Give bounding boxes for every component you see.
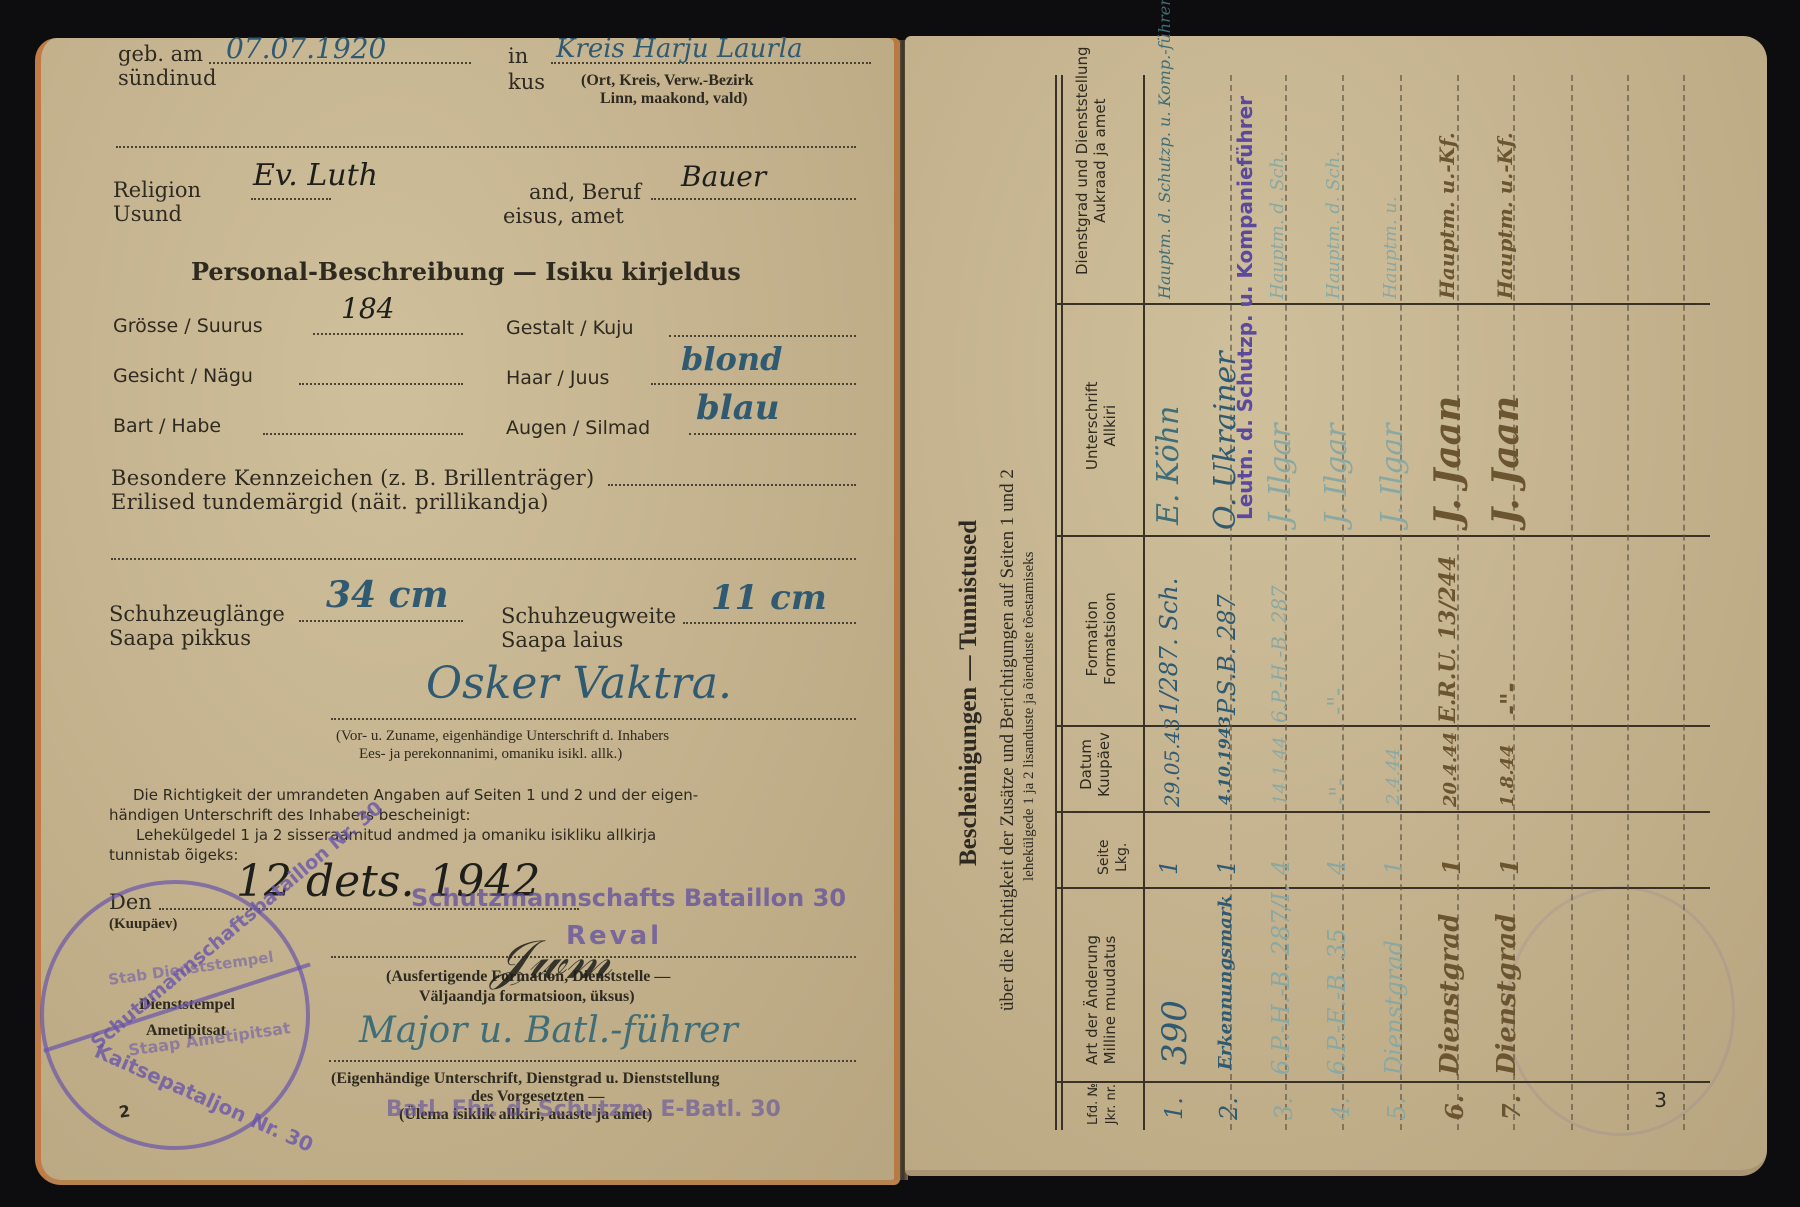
row-1-rank: Hauptm. d. Schutzp. u. Komp.-führer: [1155, 0, 1174, 299]
face-dotted-line: [299, 383, 463, 385]
col-header-page-de: Seite: [1095, 840, 1113, 876]
row-3-no: 3.: [1270, 1097, 1298, 1120]
religion-value: Ev. Luth: [253, 158, 378, 193]
row-5-change: Dienstgrad: [1380, 940, 1408, 1075]
birth-label-de: geb. am: [118, 42, 203, 66]
row-6-signature: J. Jaan: [1427, 396, 1469, 525]
profession-dotted-line: [651, 198, 856, 200]
row-1-formation: 1/287. Sch.: [1155, 578, 1183, 715]
height-value: 184: [341, 292, 394, 325]
row-4-rank: Hauptm. d. Sch.: [1323, 151, 1344, 299]
row-5-page: 1: [1380, 860, 1408, 875]
table-border-left: [1055, 75, 1057, 1130]
col-header-rank-et: Aukraad ja amet: [1091, 46, 1109, 275]
col-header-formation-et: Formatsioon: [1101, 592, 1119, 685]
eyes-dotted-line: [689, 433, 856, 435]
row-2-change: Erkennungsmark: [1215, 895, 1236, 1070]
place-second-line: [116, 146, 856, 148]
col-header-page-et: Lkg.: [1113, 840, 1131, 876]
row-3-page: 4: [1267, 860, 1295, 875]
row-6-no: 6.: [1440, 1095, 1469, 1120]
hair-value: blond: [681, 340, 783, 378]
col-header-page: Seite Lkg.: [1095, 840, 1131, 876]
profession-label-de: and, Beruf: [529, 180, 641, 204]
superior-rank-value: Major u. Batl.-führer: [359, 1010, 738, 1051]
superior-caption-de: (Eigenhändige Unterschrift, Dienstgrad u…: [331, 1070, 719, 1088]
shoe-width-label-et: Saapa laius: [501, 628, 623, 652]
shoe-length-label-de: Schuhzeuglänge: [109, 602, 285, 626]
col-sep-page-change: [1055, 887, 1710, 889]
row-6-page: 1: [1437, 858, 1466, 875]
row-5-date: 2.4.44: [1383, 748, 1404, 805]
col-sep-change-no: [1055, 1081, 1710, 1083]
row-4-signature: J. Ilgar: [1319, 423, 1354, 525]
hair-dotted-line: [651, 383, 856, 385]
table-border-left-inner: [1061, 75, 1063, 1130]
religion-label-de: Religion: [113, 178, 201, 202]
col-header-rank: Dienstgrad und Dienststellung Aukraad ja…: [1073, 46, 1109, 275]
row-7-rank: Hauptm. u.-Kf.: [1493, 132, 1517, 299]
col-header-no-de: Lfd. №: [1085, 1083, 1103, 1125]
row-5-signature: J. Ilgar: [1375, 423, 1410, 525]
certificates-table: Dienstgrad und Dienststellung Aukraad ja…: [1055, 75, 1710, 1130]
col-header-date-et: Kuupäev: [1095, 732, 1113, 797]
hair-label: Haar / Juus: [506, 366, 609, 390]
row-3-formation: 6.P.-H.-B. 287: [1267, 585, 1291, 723]
build-dotted-line: [669, 335, 856, 337]
seal-mark: 2: [118, 1101, 132, 1121]
shoe-length-dotted-line: [299, 620, 463, 622]
row-2-page: 1: [1213, 860, 1241, 875]
row-1-no: 1.: [1160, 1097, 1188, 1120]
special-marks-label-de: Besondere Kennzeichen (z. B. Brillenträg…: [111, 466, 595, 490]
profession-value: Bauer: [681, 160, 766, 193]
col-header-signature-de: Unterschrift: [1083, 381, 1101, 470]
row-2-no: 2.: [1215, 1097, 1243, 1120]
col-header-rank-de: Dienstgrad und Dienststellung: [1073, 46, 1091, 275]
row-3-rank: Hauptm. d. Sch.: [1267, 151, 1288, 299]
row-5-no: 5.: [1383, 1097, 1411, 1120]
place-label-et: kus: [508, 70, 545, 94]
row-7-formation: -"-: [1495, 683, 1524, 715]
certification-line-2: händigen Unterschrift des Inhabers besch…: [109, 806, 471, 824]
profession-label-et: eisus, amet: [503, 204, 624, 228]
col-header-change-de: Art der Änderung: [1083, 935, 1101, 1065]
beard-dotted-line: [263, 433, 463, 435]
certification-line-3: Lehekülgedel 1 ja 2 sisseraamitud andmed…: [136, 826, 656, 844]
holder-signature-line: [331, 718, 856, 720]
row-7-change: Dienstgrad: [1492, 914, 1522, 1075]
row-2-formation: P.S.B. 287: [1213, 594, 1241, 715]
row-7-page: 1: [1495, 858, 1524, 875]
row-6-date: 20.4.44: [1440, 732, 1461, 807]
row-4-date: -"-: [1325, 778, 1353, 805]
row-6-formation: E.R.U. 13/244: [1435, 556, 1461, 723]
col-sep-date-page: [1055, 811, 1710, 813]
eyes-label: Augen / Silmad: [506, 416, 650, 440]
row-5-rank: Hauptm. u.: [1380, 196, 1401, 299]
header-separator: [1143, 75, 1145, 1130]
shoe-width-dotted-line: [683, 622, 856, 624]
row-6-change: Dienstgrad: [1435, 914, 1465, 1075]
col-header-no-et: Jkr. nr.: [1103, 1083, 1121, 1125]
col-header-change-et: Milline muudatus: [1101, 935, 1119, 1065]
shoe-length-label-et: Saapa pikkus: [109, 626, 251, 650]
col-header-date-de: Datum: [1077, 732, 1095, 797]
place-value: Kreis Harju Laurla: [556, 34, 803, 64]
col-header-signature: Unterschrift Allkiri: [1083, 381, 1119, 470]
special-marks-dotted-line: [608, 484, 856, 486]
place-label-de: in: [508, 44, 528, 68]
row-4-page: 4: [1323, 860, 1351, 875]
row-7-date: 1.8.44: [1497, 744, 1518, 807]
religion-label-et: Usund: [113, 202, 182, 226]
certificates-subtitle-et: lehekülgede 1 ja 2 lisanduste ja õiendus…: [1021, 551, 1038, 881]
superior-signature-scribble: 𝒥𝓌𝓂: [491, 928, 612, 992]
special-marks-label-et: Erilised tundemärgid (näit. prillikandja…: [111, 490, 549, 514]
height-dotted-line: [313, 333, 463, 335]
row-2-rank-stamp: Leutn. d. Schutzp. u. Kompanieführer: [1233, 96, 1257, 520]
row-3-signature: J. Ilgar: [1263, 423, 1298, 525]
col-sep-rank-signature: [1055, 303, 1710, 305]
holder-signature: Osker Vaktra.: [426, 658, 732, 709]
row-1-page: 1: [1155, 860, 1183, 875]
row-sep-8: [1627, 75, 1629, 1130]
row-4-change: 6.P.-E.-B. 35: [1323, 928, 1351, 1075]
row-1-signature: E. Köhn: [1151, 406, 1186, 525]
superior-stamp: Batl. Fhr. d. Schutzm. E-Batl. 30: [386, 1098, 781, 1122]
unit-stamp-line-1: Schutzmannschafts Bataillon 30: [411, 886, 846, 910]
row-3-date: 14.1.44: [1270, 736, 1291, 805]
height-label: Grösse / Suurus: [113, 314, 263, 338]
col-header-no: Lfd. № Jkr. nr.: [1085, 1083, 1121, 1125]
col-sep-signature-formation: [1055, 535, 1710, 537]
description-title: Personal-Beschreibung — Isiku kirjeldus: [191, 260, 741, 284]
row-4-formation: -"-: [1323, 688, 1351, 715]
religion-dotted-line: [251, 198, 331, 200]
row-7-signature: J. Jaan: [1485, 396, 1527, 525]
certification-line-4: tunnistab õigeks:: [109, 846, 238, 864]
row-sep-7: [1571, 75, 1573, 1130]
row-6-rank: Hauptm. u.-Kf.: [1435, 132, 1459, 299]
holder-signature-caption-et: Ees- ja perekonnanimi, omaniku isikl. al…: [359, 746, 622, 763]
row-2-date: 4.10.1943: [1215, 716, 1234, 805]
row-3-change: 6.P.-H.-B. 287/I.: [1267, 885, 1295, 1076]
row-1-date: 29.05.43: [1160, 718, 1184, 807]
eyes-value: blau: [696, 388, 779, 428]
build-label: Gestalt / Kuju: [506, 316, 634, 340]
row-4-no: 4.: [1327, 1097, 1355, 1120]
col-sep-formation-date: [1055, 725, 1710, 727]
shoe-width-value: 11 cm: [711, 578, 827, 618]
shoe-length-value: 34 cm: [326, 574, 449, 616]
face-label: Gesicht / Nägu: [113, 364, 253, 388]
beard-label: Bart / Habe: [113, 414, 221, 438]
col-header-signature-et: Allkiri: [1101, 381, 1119, 470]
row-1-change: 390: [1155, 1000, 1195, 1065]
col-header-date: Datum Kuupäev: [1077, 732, 1113, 797]
col-header-formation: Formation Formatsioon: [1083, 592, 1119, 685]
certificates-title: Bescheinigungen — Tunnistused: [955, 520, 983, 866]
birth-label-et: sündinud: [118, 66, 216, 90]
certification-line-1: Die Richtigkeit der umrandeten Angaben a…: [133, 786, 698, 804]
seal-center-et: Staap Ametipitsat: [127, 1018, 291, 1060]
place-hint-de: (Ort, Kreis, Verw.-Bezirk: [581, 72, 754, 90]
certificates-subtitle-de: über die Richtigkeit der Zusätze und Ber…: [997, 469, 1019, 1011]
special-marks-second-line: [111, 558, 856, 560]
col-header-formation-de: Formation: [1083, 592, 1101, 685]
holder-signature-caption-de: (Vor- u. Zuname, eigenhändige Unterschri…: [336, 728, 669, 745]
place-hint-et: Linn, maakond, vald): [600, 90, 748, 108]
shoe-width-label-de: Schuhzeugweite: [501, 604, 676, 628]
superior-line: [329, 1060, 856, 1062]
row-7-no: 7.: [1497, 1095, 1526, 1120]
row-sep-9: [1683, 75, 1685, 1130]
birth-date-value: 07.07.1920: [226, 32, 386, 65]
col-header-change: Art der Änderung Milline muudatus: [1083, 935, 1119, 1065]
